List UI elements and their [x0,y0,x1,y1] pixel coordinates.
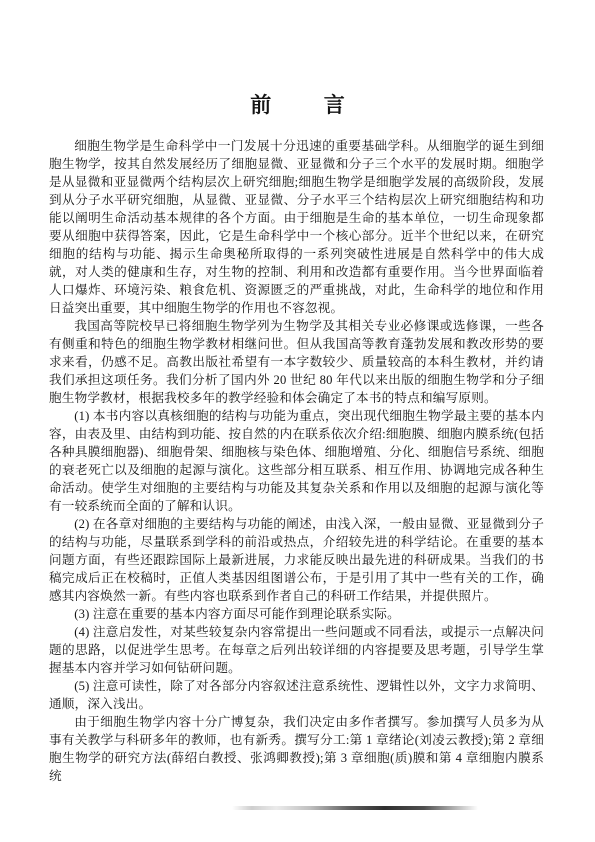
preface-body: 细胞生物学是生命科学中一门发展十分迅速的重要基础学科。从细胞学的诞生到细胞生物学… [49,137,544,785]
paragraph-principle-2: (2) 在各章对细胞的主要结构与功能的阐述，由浅入深，一般由显微、亚显微到分子的… [49,515,544,605]
paragraph-principle-5: (5) 注意可读性，除了对各部分内容叙述注意系统性、逻辑性以外，文字力求简明、通… [49,677,544,713]
paragraph-principle-1: (1) 本书内容以真核细胞的结构与功能为重点，突出现代细胞生物学最主要的基本内容… [49,407,544,515]
paragraph-background: 我国高等院校早已将细胞生物学列为生物学及其相关专业必修课或选修课，一些各有侧重和… [49,317,544,407]
scan-smudge-artifact [232,806,478,810]
page-title: 前 言 [0,89,595,119]
preface-page: 前 言 细胞生物学是生命科学中一门发展十分迅速的重要基础学科。从细胞学的诞生到细… [0,0,595,842]
paragraph-principle-4: (4) 注意启发性，对某些较复杂内容常提出一些问题或不同看法，或提示一点解决问题… [49,623,544,677]
paragraph-authors: 由于细胞生物学内容十分广博复杂，我们决定由多作者撰写。参加撰写人员多为从事有关教… [49,713,544,785]
paragraph-principle-3: (3) 注意在重要的基本内容方面尽可能作到理论联系实际。 [49,605,544,623]
paragraph-intro: 细胞生物学是生命科学中一门发展十分迅速的重要基础学科。从细胞学的诞生到细胞生物学… [49,137,544,317]
